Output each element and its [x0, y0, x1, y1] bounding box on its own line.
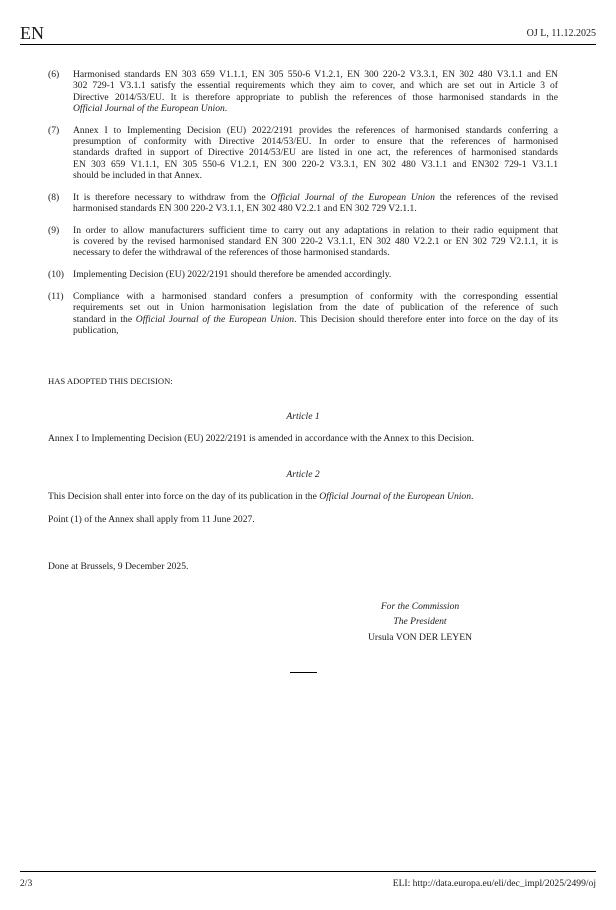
signatory-name: Ursula VON DER LEYEN	[340, 632, 500, 643]
page-number: 2/3	[20, 878, 32, 889]
recital-9: (9) In order to allow manufacturers suff…	[48, 225, 558, 259]
recitals: (6) Harmonised standards EN 303 659 V1.1…	[48, 69, 558, 347]
journal-reference: OJ L, 11.12.2025	[527, 28, 596, 40]
recital-8: (8) It is therefore necessary to withdra…	[48, 192, 558, 215]
recital-10: (10) Implementing Decision (EU) 2022/219…	[48, 269, 558, 280]
recital-6: (6) Harmonised standards EN 303 659 V1.1…	[48, 69, 558, 114]
eli-link[interactable]: ELI: http://data.europa.eu/eli/dec_impl/…	[393, 878, 596, 889]
signature-institution: For the Commission	[381, 601, 459, 612]
article-1-title: Article 1	[48, 411, 558, 422]
article-2-paragraph-1: This Decision shall enter into force on …	[48, 491, 473, 502]
language-code: EN	[20, 22, 44, 44]
page-footer: 2/3 ELI: http://data.europa.eu/eli/dec_i…	[20, 871, 596, 873]
recital-11: (11) Compliance with a harmonised standa…	[48, 291, 558, 336]
adoption-statement: HAS ADOPTED THIS DECISION:	[48, 376, 173, 387]
done-at: Done at Brussels, 9 December 2025.	[48, 561, 188, 572]
page-header: EN OJ L, 11.12.2025	[20, 22, 596, 45]
article-2-title: Article 2	[48, 469, 558, 480]
signature-block: For the Commission The President Ursula …	[340, 601, 500, 643]
article-2-paragraph-2: Point (1) of the Annex shall apply from …	[48, 514, 255, 525]
recital-7: (7) Annex I to Implementing Decision (EU…	[48, 125, 558, 181]
end-rule	[290, 672, 317, 673]
signature-title: The President	[393, 616, 446, 627]
article-1-text: Annex I to Implementing Decision (EU) 20…	[48, 433, 474, 444]
